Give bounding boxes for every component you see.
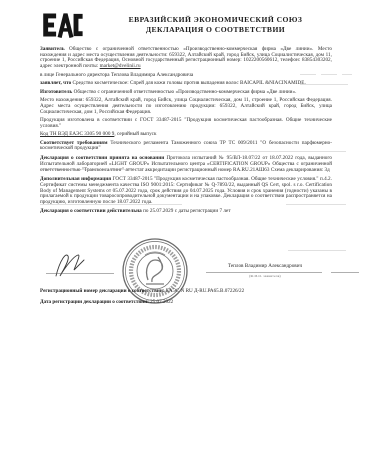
paragraph-basis: Декларация о соответствии принята на осн… bbox=[40, 156, 332, 173]
registration-date-label: Дата регистрации декларации о соответств… bbox=[40, 299, 149, 305]
paragraph-gost: Продукция изготовлена в соответствии с Г… bbox=[40, 118, 332, 129]
form-line bbox=[321, 74, 337, 75]
document-body: Заявитель Общество с ограниченной ответс… bbox=[40, 47, 332, 217]
signatory-caption: (Ф.И.О. заявителя) bbox=[204, 274, 326, 278]
paragraph-tnved: Код ТН ВЭД ЕАЭС 3305 90 000 9, серийный … bbox=[40, 132, 332, 138]
declaration-document: ЕВРАЗИЙСКИЙ ЭКОНОМИЧЕСКИЙ СОЮЗ ДЕКЛАРАЦИ… bbox=[0, 0, 375, 450]
paragraph-declares: заявляет, что Средство косметическое: Сп… bbox=[40, 81, 332, 87]
form-line bbox=[40, 204, 182, 205]
tnved-code: Код ТН ВЭД ЕАЭС 3305 90 000 9 bbox=[40, 131, 114, 137]
form-line bbox=[288, 250, 346, 251]
applicant-text: Общество с ограниченной ответственностью… bbox=[40, 46, 332, 69]
signatory-name: Теплов Владимир Александрович bbox=[204, 263, 326, 269]
title-line-2: ДЕКЛАРАЦИЯ О СООТВЕТСТВИИ bbox=[84, 25, 347, 35]
round-stamp bbox=[121, 237, 189, 305]
form-line bbox=[286, 204, 346, 205]
manufacturer-text: Общество с ограниченной ответственностью… bbox=[72, 89, 296, 95]
handwritten-signature bbox=[50, 250, 96, 280]
title-line-1: ЕВРАЗИЙСКИЙ ЭКОНОМИЧЕСКИЙ СОЮЗ bbox=[84, 15, 347, 25]
form-line bbox=[150, 151, 346, 152]
manufacturer-label: Изготовитель bbox=[40, 89, 72, 95]
registration-number-value: ЕАЭС N RU Д-RU.РА65.В.07226/22 bbox=[165, 288, 245, 294]
paragraph-manufacturer: Изготовитель Общество с ограниченной отв… bbox=[40, 90, 332, 96]
tnved-rest: , серийный выпуск bbox=[114, 131, 156, 137]
paragraph-additional: Дополнительная информация ГОСТ 33487-201… bbox=[40, 177, 332, 206]
registration-date-line: Дата регистрации декларации о соответств… bbox=[40, 300, 340, 306]
signatory-name-line bbox=[206, 272, 322, 273]
validity-text: по 25.07.2029 с даты регистрации 7 лет bbox=[142, 208, 231, 214]
signature-line bbox=[46, 273, 114, 274]
registration-number-label: Регистрационный номер декларации о соотв… bbox=[40, 288, 165, 294]
applicant-email: market@dvelinii.ru bbox=[100, 63, 141, 69]
form-line bbox=[300, 84, 348, 85]
document-title: ЕВРАЗИЙСКИЙ ЭКОНОМИЧЕСКИЙ СОЮЗ ДЕКЛАРАЦИ… bbox=[84, 15, 347, 34]
declares-text: Средство косметическое: Спрей для кожи г… bbox=[71, 80, 306, 86]
validity-label: Декларация о соответствии действительна bbox=[40, 208, 142, 214]
registration-date-value: 25.07.2022 bbox=[149, 299, 173, 305]
form-line bbox=[342, 74, 352, 75]
form-line bbox=[40, 169, 134, 170]
signature-line-right bbox=[331, 272, 359, 273]
eac-logo-icon bbox=[38, 9, 84, 41]
document-header: ЕВРАЗИЙСКИЙ ЭКОНОМИЧЕСКИЙ СОЮЗ ДЕКЛАРАЦИ… bbox=[38, 9, 347, 41]
declares-label: заявляет, что bbox=[40, 80, 71, 86]
paragraph-in-person: в лице Генерального директора Теплова Вл… bbox=[40, 73, 332, 79]
paragraph-applicant: Заявитель Общество с ограниченной ответс… bbox=[40, 47, 332, 70]
paragraph-address: Место нахождения: 659322, Алтайский край… bbox=[40, 98, 332, 115]
form-line bbox=[300, 74, 316, 75]
registration-number-line: Регистрационный номер декларации о соотв… bbox=[40, 289, 340, 295]
paragraph-validity: Декларация о соответствии действительна … bbox=[40, 209, 332, 215]
